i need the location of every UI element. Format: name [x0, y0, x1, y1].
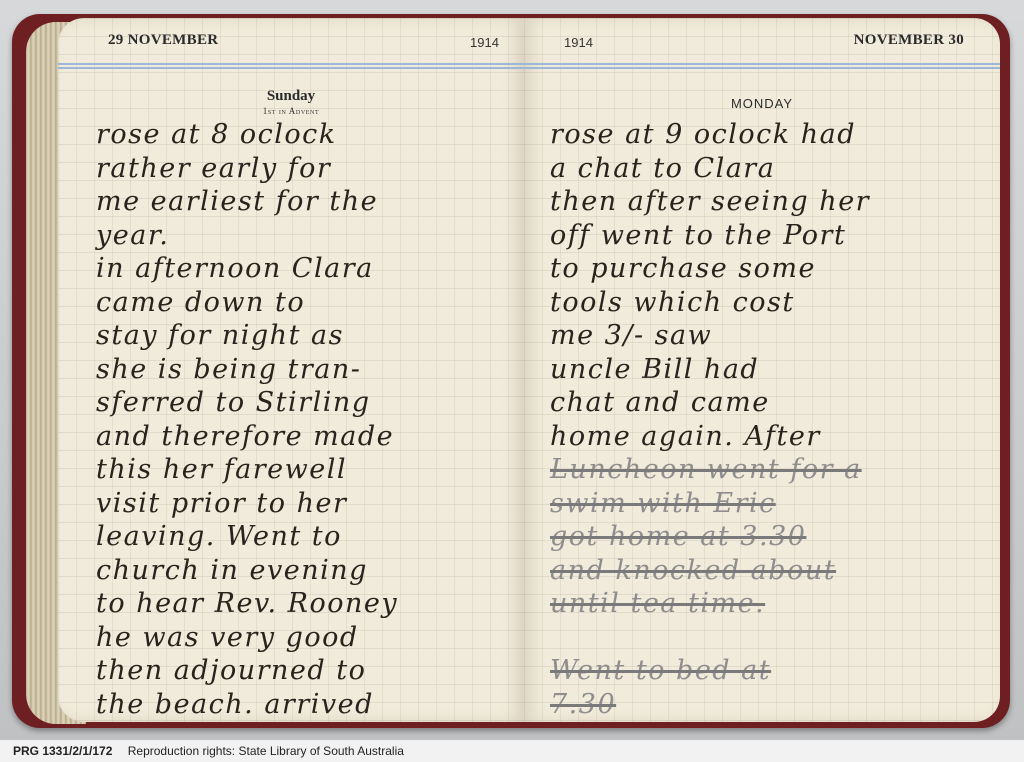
- handwritten-line: visit prior to her: [96, 487, 504, 521]
- right-page-year: 1914: [564, 35, 593, 50]
- struck-pencil-line: Went to bed at: [550, 654, 980, 688]
- handwritten-line: home at 10.20: [96, 721, 504, 722]
- struck-pencil-line: until tea time.: [550, 587, 980, 621]
- handwritten-line: rose at 9 oclock had: [550, 118, 980, 152]
- image-caption-bar: PRG 1331/2/1/172 Reproduction rights: St…: [0, 740, 1024, 762]
- handwritten-line: then adjourned to: [96, 654, 504, 688]
- handwritten-line: the beach. arrived: [96, 688, 504, 722]
- handwritten-line: he was very good: [96, 621, 504, 655]
- handwritten-line: then after seeing her: [550, 185, 980, 219]
- handwritten-line: a chat to Clara: [550, 152, 980, 186]
- left-day-name: Sunday: [58, 88, 524, 105]
- handwritten-line: home again. After: [550, 420, 980, 454]
- struck-pencil-line: and knocked about: [550, 554, 980, 588]
- left-page-year: 1914: [470, 35, 499, 50]
- handwritten-line: year.: [96, 219, 504, 253]
- handwritten-line: me 3/- saw: [550, 319, 980, 353]
- handwritten-line: and therefore made: [96, 420, 504, 454]
- handwritten-line: chat and came: [550, 386, 980, 420]
- record-id: PRG 1331/2/1/172: [13, 744, 112, 758]
- handwritten-line: to purchase some: [550, 252, 980, 286]
- handwritten-line: in afternoon Clara: [96, 252, 504, 286]
- left-day-subtitle: 1st in Advent: [58, 106, 524, 116]
- right-page-date: NOVEMBER 30: [854, 32, 964, 49]
- right-handwriting: rose at 9 oclock had a chat to Clara the…: [550, 118, 980, 721]
- handwritten-line: rather early for: [96, 152, 504, 186]
- struck-pencil-line: got home at 3.30: [550, 520, 980, 554]
- left-page: 29 NOVEMBER 1914 Sunday 1st in Advent ro…: [58, 18, 524, 722]
- right-page: 1914 NOVEMBER 30 MONDAY rose at 9 oclock…: [524, 18, 1000, 722]
- struck-pencil-line: swim with Eric: [550, 487, 980, 521]
- reproduction-rights: Reproduction rights: State Library of So…: [128, 744, 404, 758]
- handwritten-line: uncle Bill had: [550, 353, 980, 387]
- handwritten-line: leaving. Went to: [96, 520, 504, 554]
- struck-pencil-line: 7.30: [550, 688, 980, 722]
- handwritten-line: to hear Rev. Rooney: [96, 587, 504, 621]
- header-rule: [524, 63, 1000, 69]
- right-day-name: MONDAY: [524, 96, 1000, 111]
- left-page-date: 29 NOVEMBER: [108, 32, 218, 49]
- handwritten-line: sferred to Stirling: [96, 386, 504, 420]
- handwritten-line: tools which cost: [550, 286, 980, 320]
- handwritten-line: off went to the Port: [550, 219, 980, 253]
- handwritten-line: this her farewell: [96, 453, 504, 487]
- handwritten-line: she is being tran-: [96, 353, 504, 387]
- struck-pencil-line: Luncheon went for a: [550, 453, 980, 487]
- struck-pencil-line: [550, 621, 980, 655]
- handwritten-line: stay for night as: [96, 319, 504, 353]
- handwritten-line: church in evening: [96, 554, 504, 588]
- left-handwriting: rose at 8 oclock rather early for me ear…: [96, 118, 504, 722]
- handwritten-line: rose at 8 oclock: [96, 118, 504, 152]
- handwritten-line: me earliest for the: [96, 185, 504, 219]
- handwritten-line: came down to: [96, 286, 504, 320]
- header-rule: [58, 63, 524, 69]
